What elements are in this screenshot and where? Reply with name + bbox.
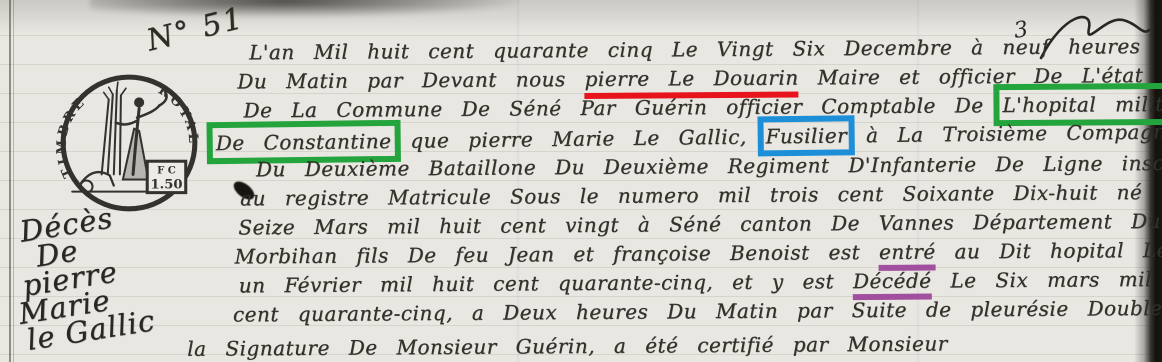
document-line-5: Du Deuxième Bataillone Du Deuxième Regim… [256,151,1162,182]
handwritten-text: un Février mil huit cent quarante-cinq, … [239,269,853,297]
handwritten-text: Morbihan fils De feu Jean et françoise B… [234,240,879,268]
purple-underline-annotation: entré [879,240,936,271]
handwritten-text: que pierre Marie Le Gallic, [391,124,765,153]
handwritten-text: cent quarante-cinq, a Deux heures Du Mat… [233,295,1162,326]
handwritten-text: la Signature De Monsieur Guérin, a été c… [187,331,948,360]
document-line-8: Morbihan fils De feu Jean et françoise B… [234,237,1162,268]
document-line-9: un Février mil huit cent quarante-cinq, … [239,267,1162,298]
document-line-10: cent quarante-cinq, a Deux heures Du Mat… [233,295,1162,326]
handwritten-text: Le Six mars mil huit [931,267,1162,293]
handwritten-text: au registre Matricule Sous le numero mil… [240,180,1162,211]
handwritten-text: Maire et officier De L'état civil [799,63,1162,90]
document-line-11: la Signature De Monsieur Guérin, a été c… [187,331,948,360]
handwritten-text: Du Matin par Devant nous [237,67,584,93]
green-box-annotation: De Constantine [216,129,392,155]
handwritten-text: De La Commune De Séné Par Guérin officie… [243,93,1002,122]
handwritten-text: L'an Mil huit cent quarante cinq Le Ving… [249,34,1141,64]
purple-underline-annotation: Décédé [853,269,932,301]
document-line-2: Du Matin par Devant nous pierre Le Douar… [237,63,1162,94]
document-text: L'an Mil huit cent quarante cinq Le Ving… [0,0,1162,362]
handwritten-text: Seize Mars mil huit cent vingt à Séné ca… [238,209,1161,239]
document-line-7: Seize Mars mil huit cent vingt à Séné ca… [238,209,1161,239]
document-line-3: De La Commune De Séné Par Guérin officie… [243,92,1162,123]
document-scan: N° 51 TIMBRE ROYAL [0,0,1162,362]
document-line-6: au registre Matricule Sous le numero mil… [240,180,1162,211]
green-box-annotation: L'hopital militaire [1002,92,1162,117]
handwritten-text: au Dit hopital Le vingt [936,237,1162,263]
document-line-4: De Constantine que pierre Marie Le Galli… [216,119,1162,155]
handwritten-text: à La Troisième Compagnie [847,119,1162,147]
handwritten-text: Du Deuxième Bataillone Du Deuxième Regim… [256,151,1162,182]
document-line-1: L'an Mil huit cent quarante cinq Le Ving… [249,34,1141,64]
blue-box-annotation: Fusilier [765,123,847,148]
